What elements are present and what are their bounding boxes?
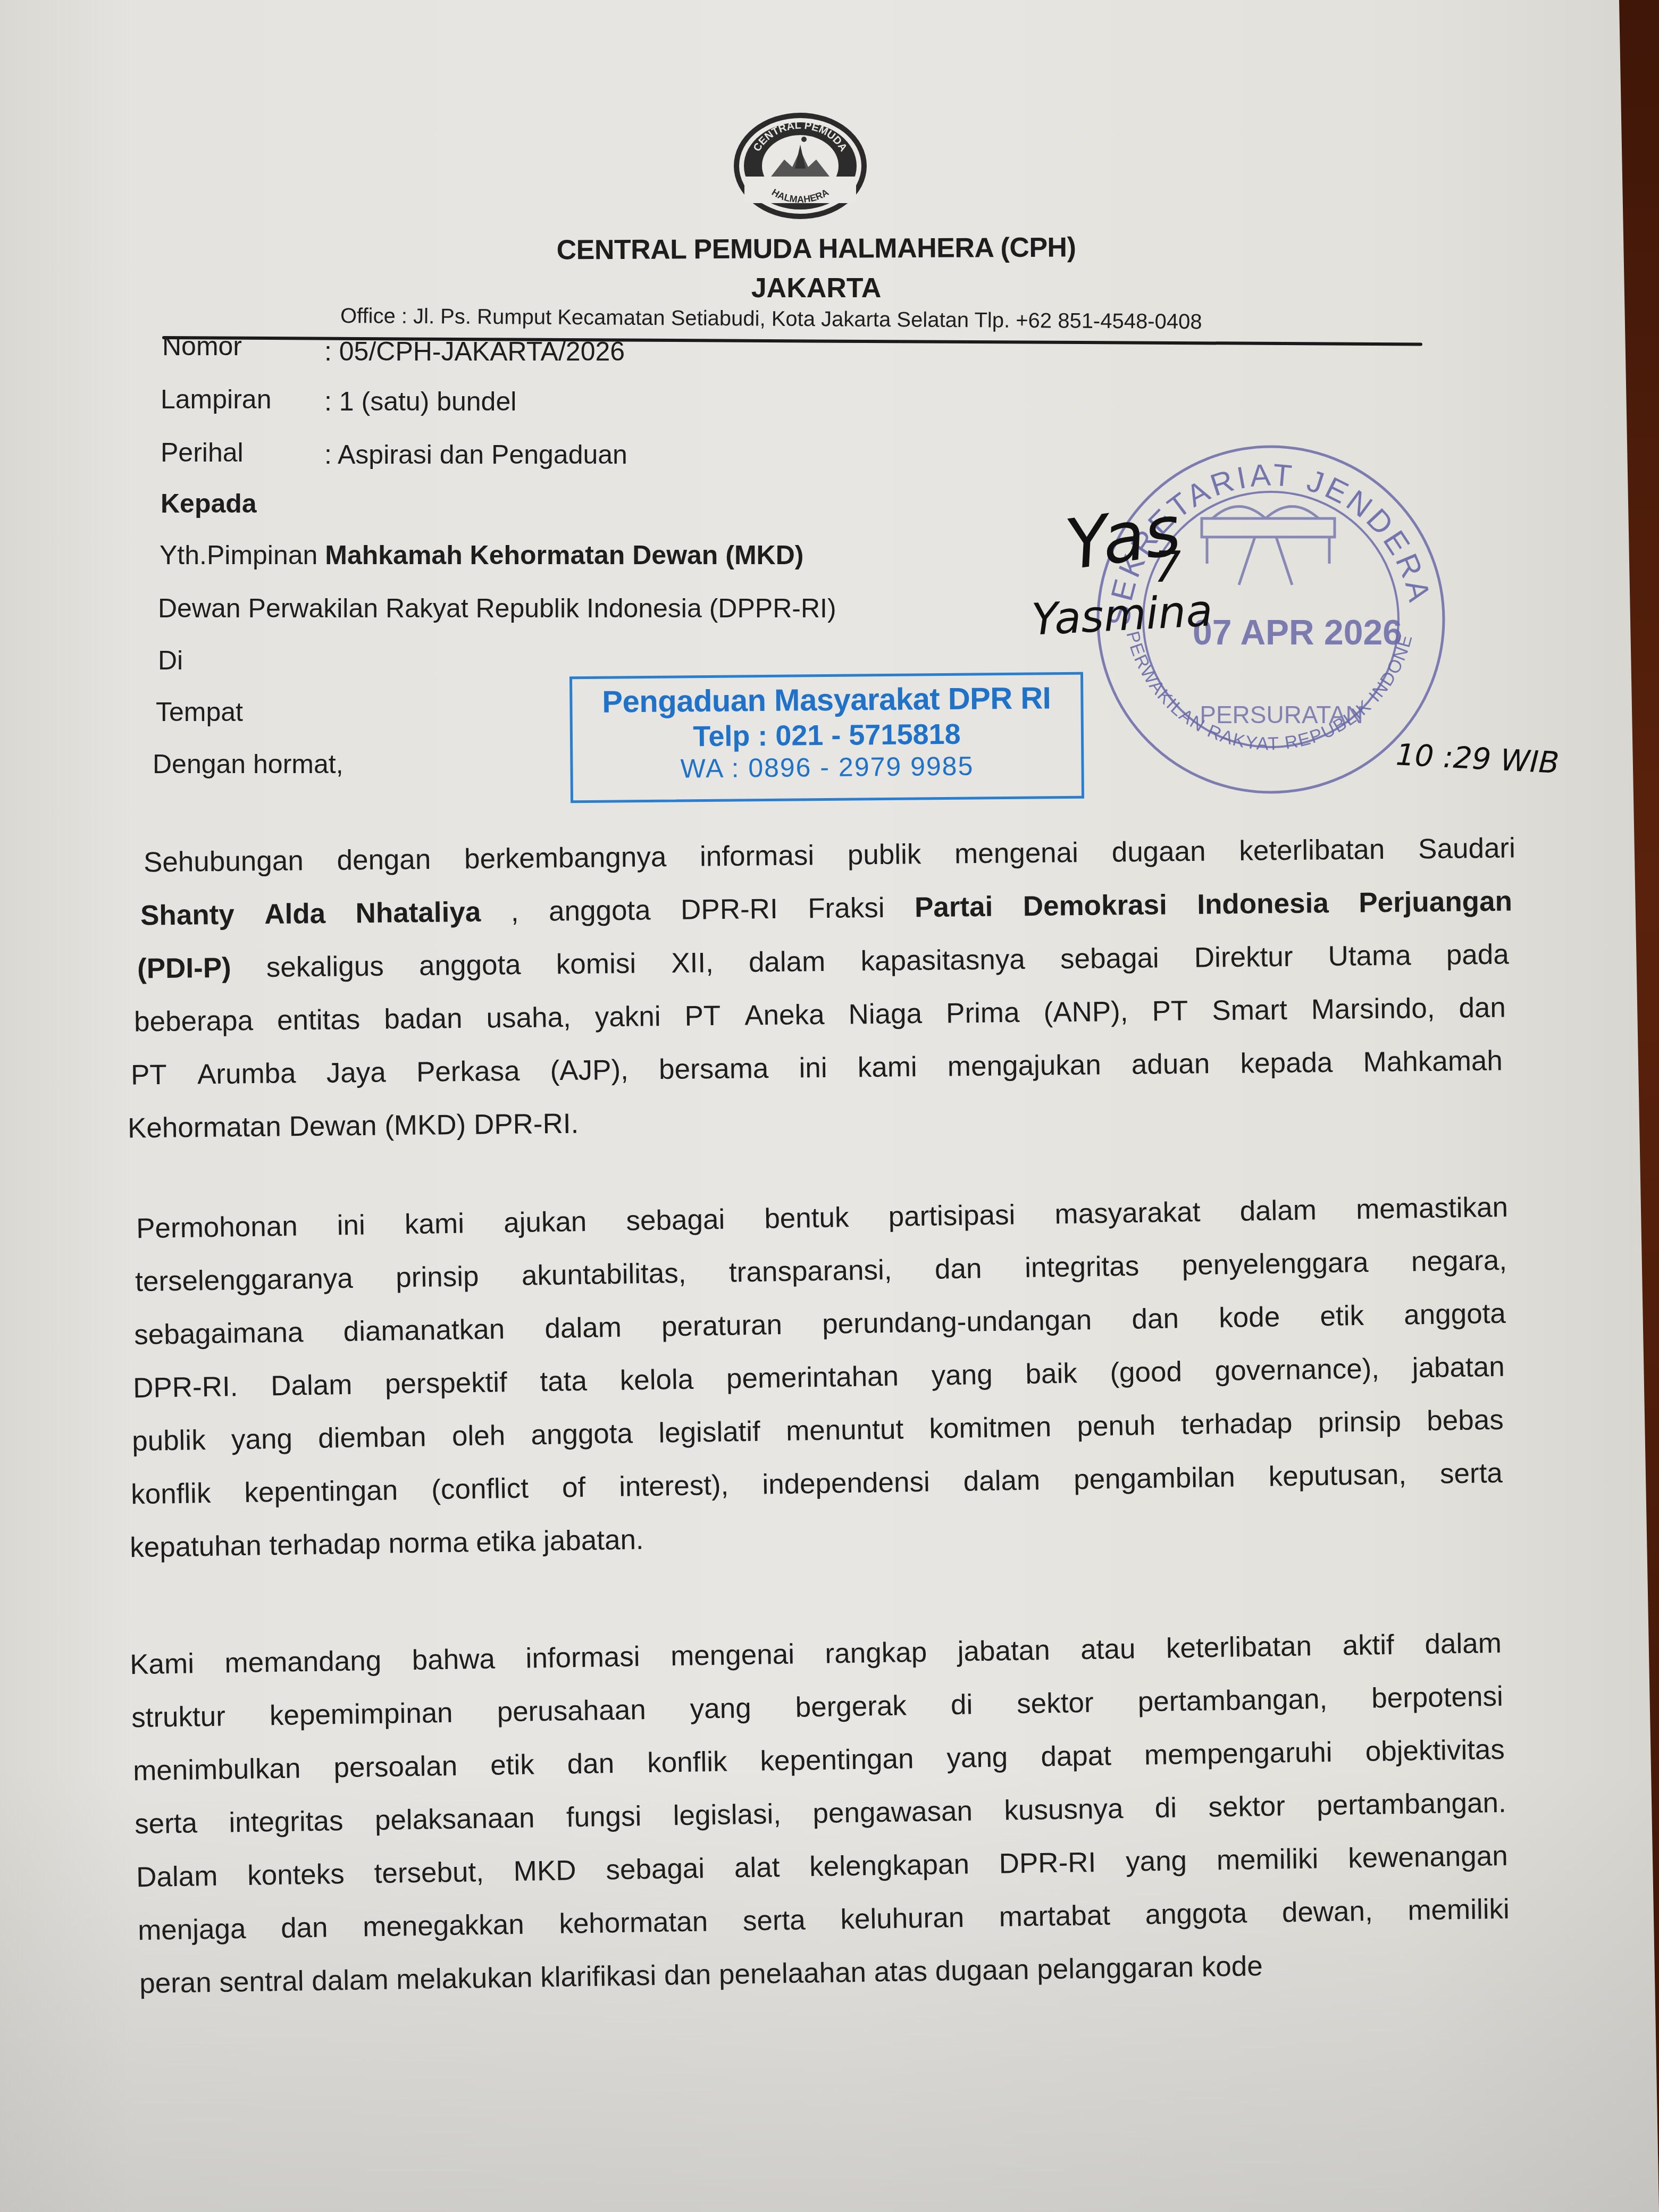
body-line: menjagadanmenegakkankehormatansertakeluh… xyxy=(138,1893,1510,1947)
meta-value-perihal: : Aspirasi dan Pengaduan xyxy=(324,439,627,470)
recipient-prefix: Yth.Pimpinan xyxy=(160,540,325,570)
body-line: Kamimemandangbahwainformasimengenairangk… xyxy=(130,1627,1502,1681)
receipt-stamp-date: 07 APR 2026 xyxy=(1193,613,1402,652)
complaint-desk-stamp: Pengaduan Masyarakat DPR RI Telp : 021 -… xyxy=(569,672,1084,803)
complaint-stamp-title: Pengaduan Masyarakat DPR RI xyxy=(572,680,1081,720)
receipt-stamp-department: PERSURATAN xyxy=(1200,701,1363,728)
complaint-stamp-telp: Telp : 021 - 5715818 xyxy=(573,717,1082,754)
body-line: Kehormatan Dewan (MKD) DPR-RI. xyxy=(128,1097,1499,1144)
body-line: peran sentral dalam melakukan klarifikas… xyxy=(139,1946,1512,2000)
handwritten-name: Yasmina xyxy=(1030,585,1214,646)
recipient-line-3: Di xyxy=(158,645,183,676)
organization-city: JAKARTA xyxy=(510,272,1122,304)
recipient-line-2: Dewan Perwakilan Rakyat Republik Indones… xyxy=(158,593,836,624)
meta-label-lampiran: Lampiran xyxy=(161,384,271,415)
complaint-stamp-wa: WA : 0896 - 2979 9985 xyxy=(573,750,1081,785)
body-line: Permohonaninikamiajukansebagaibentukpart… xyxy=(136,1191,1509,1245)
body-line: sertaintegritaspelaksanaanfungsilegislas… xyxy=(135,1787,1507,1841)
recipient-line-1: Yth.Pimpinan Mahkamah Kehormatan Dewan (… xyxy=(160,540,803,571)
recipient-line-4: Tempat xyxy=(156,697,243,727)
body-line: DPR-RI.Dalamperspektiftatakelolapemerint… xyxy=(133,1351,1505,1405)
organization-name: CENTRAL PEMUDA HALMAHERA (CPH) xyxy=(510,231,1122,266)
office-address: Office : Jl. Ps. Rumput Kecamatan Setiab… xyxy=(340,304,1361,335)
letter-document: CENTRAL PEMUDA HALMAHERA CENTRAL PEMUDA … xyxy=(0,0,1659,2212)
cph-logo-emblem-icon: CENTRAL PEMUDA HALMAHERA xyxy=(734,113,867,219)
meta-value-nomor: : 05/CPH-JAKARTA/2026 xyxy=(324,336,625,367)
body-line: sebagaimanadiamanatkandalamperaturanperu… xyxy=(134,1297,1506,1352)
meta-label-perihal: Perihal xyxy=(161,437,244,468)
meta-label-nomor: Nomor xyxy=(162,331,242,362)
salutation: Dengan hormat, xyxy=(153,749,343,780)
body-line: Sehubungandenganberkembangnyainformasipu… xyxy=(144,832,1515,878)
recipient-institution: Mahkamah Kehormatan Dewan (MKD) xyxy=(325,540,803,570)
body-line: konflikkepentingan(conflictofinterest),i… xyxy=(131,1457,1503,1511)
body-line: menimbulkanpersoalanetikdankonflikkepent… xyxy=(133,1733,1505,1788)
body-line: publikyangdiembanolehanggotalegislatifme… xyxy=(132,1404,1504,1458)
body-line: PTArumbaJayaPerkasa(AJP),bersamainikamim… xyxy=(131,1044,1503,1091)
body-line: (PDI-P)sekaligusanggotakomisiXII,dalamka… xyxy=(137,938,1509,985)
body-line: terselenggaranyaprinsipakuntabilitas,tra… xyxy=(135,1244,1507,1298)
body-line: strukturkepemimpinanperusahaanyangberger… xyxy=(131,1680,1504,1735)
body-line: Dalamkontekstersebut,MKDsebagaialatkelen… xyxy=(136,1840,1509,1894)
dpr-building-emblem-icon xyxy=(1202,507,1335,585)
recipient-heading: Kepada xyxy=(161,488,257,519)
handwritten-day: 7 xyxy=(1154,542,1181,592)
body-line: ShantyAldaNhataliya,anggotaDPR-RIFraksiP… xyxy=(140,885,1512,932)
body-line: kepatuhan terhadap norma etika jabatan. xyxy=(130,1510,1502,1564)
body-line: beberapaentitasbadanusaha,yakniPTAnekaNi… xyxy=(134,991,1506,1038)
meta-value-lampiran: : 1 (satu) bundel xyxy=(324,386,516,417)
